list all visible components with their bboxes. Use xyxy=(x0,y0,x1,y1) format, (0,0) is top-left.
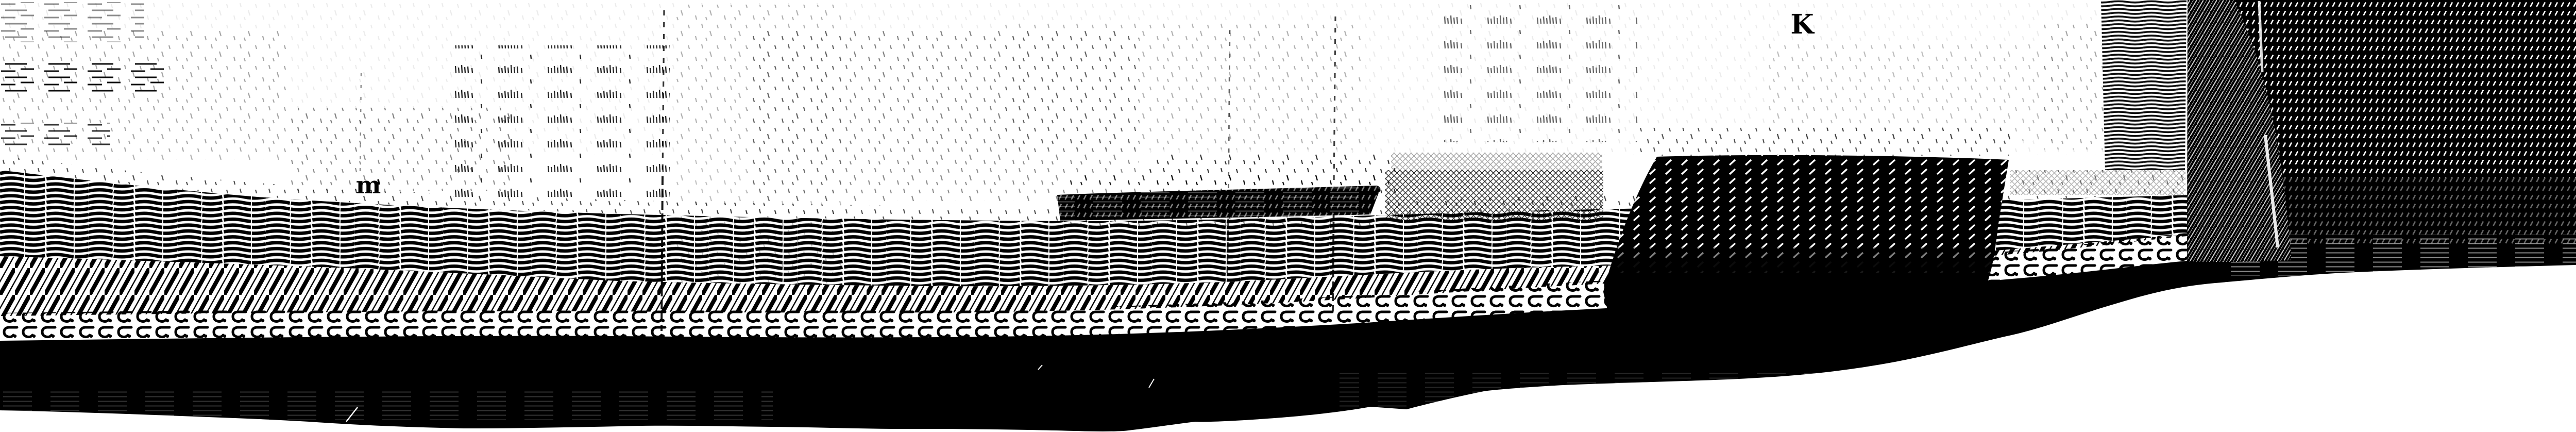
plank-grain-patch xyxy=(453,45,670,200)
label-m: m xyxy=(356,171,381,199)
speckled-channel xyxy=(2010,170,2185,195)
patch-fade xyxy=(1597,260,2020,312)
wale-strake xyxy=(1056,174,1386,228)
hatched-hull-patch xyxy=(1597,152,2020,312)
sternpost-striped-band xyxy=(2101,0,2187,172)
label-k: K xyxy=(1790,9,1815,40)
plank-grain-patch xyxy=(1443,3,1638,142)
hatched-patch-texture xyxy=(1597,152,2020,312)
plank-grain-patch xyxy=(1005,21,1365,149)
plank-grain-patch xyxy=(1767,43,2056,141)
wale-fringe-top xyxy=(1061,174,1386,189)
plank-grain-patch xyxy=(0,31,289,160)
wale-fringe-bottom xyxy=(1066,220,1386,228)
channel-ticks xyxy=(2010,170,2185,195)
engraving-plate-page: m K xyxy=(0,0,2576,432)
bow-speck-texture xyxy=(2231,0,2576,178)
label-m-tick xyxy=(378,179,379,185)
crosshatch-patch xyxy=(1391,153,1602,173)
engraving-plate: m K xyxy=(0,0,2576,432)
sternpost-stripes xyxy=(2101,0,2187,172)
